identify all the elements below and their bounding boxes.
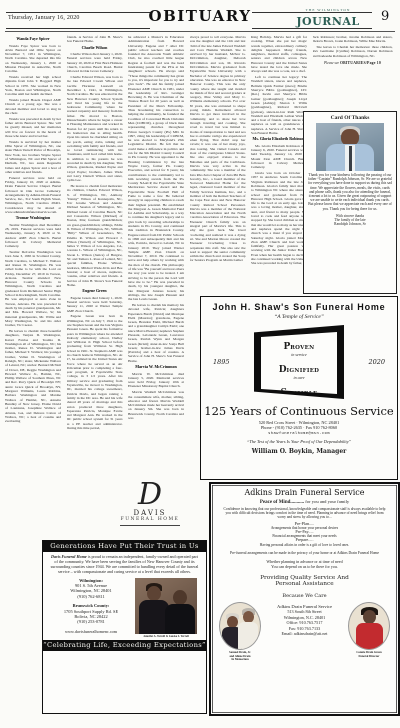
obituary-paragraph: Marvia Waddell McCrimmon was the consumm…	[128, 390, 184, 420]
adkins-drain-ad: Adkins Drain Funeral Service Peace of Mi…	[209, 482, 400, 716]
masthead-small: THE WILMINGTON	[286, 9, 370, 13]
shaw-ad-subtitle: “A Temple of Service”	[201, 314, 397, 320]
obituary-paragraph: He leaves to cherish his memory his devo…	[128, 303, 184, 363]
plaque-initial: D	[279, 365, 287, 375]
photo-figure	[356, 623, 383, 649]
photo-tie	[349, 146, 352, 171]
terrell-photo	[135, 578, 197, 634]
continuation-notice: Please see OBITUARIES/Page 10	[313, 61, 393, 65]
davis-footer-bar: “Celebrating Life, Exceeding Expectation…	[43, 640, 206, 651]
adkins-paragraph: Confidence in knowing that our professio…	[211, 505, 398, 520]
obituary-paragraph: Funeral services were held on Friday, Ja…	[5, 176, 61, 215]
photo-figure	[165, 604, 195, 634]
obituary-paragraph: Teomar Washington died December 28, 2019…	[5, 223, 61, 249]
davis-logo-name: DAVIS	[90, 509, 210, 517]
obituary-paragraph: Eugene Green died January 1, 2020. Funer…	[67, 296, 123, 313]
obituary-paragraph: Wanda is survived by her mother Ollie Sp…	[5, 140, 61, 174]
adkins-prefuneral-note: Pre-funeral arrangements can be made in …	[211, 551, 398, 555]
davis-logo-initial: D	[90, 481, 210, 509]
section-title: OBITUARY	[140, 7, 260, 25]
adkins-providing: Providing Quality Service And Personal A…	[211, 575, 398, 588]
bullet-desc: Having personal affairs in order is a gi…	[211, 543, 398, 547]
oval-right-caption: Connie Drain Green Funeral Director	[348, 651, 390, 658]
davis-website: www.davisfuneralhomenc.com	[49, 629, 133, 634]
peace-label: Peace of Mind...........	[260, 500, 304, 505]
plaque-sub: in service	[261, 353, 337, 357]
obituary-column-6: Jack Robinson; brother, Jerome Robinson …	[313, 35, 393, 109]
from-line-2: Randolph Johnson, Sr	[304, 222, 396, 226]
obituary-column-2: friends. A Service of John H. Shaw's Son…	[67, 35, 123, 482]
obituary-column-4: always proud to tell everyone. Marvia wa…	[190, 35, 246, 294]
adkins-bullets: Pre-Plan..... Arrangements that honor yo…	[211, 522, 398, 547]
davis-paragraph: Davis Funeral Home is proud to remain an…	[43, 552, 206, 576]
shaw-ad-plaque-row: 1895 PROVEN in service DIGNIFIED in care…	[201, 324, 397, 402]
obituary-heading: Ms. Gloria Elizabeth Robinson	[251, 137, 307, 142]
obituary-paragraph: friends. A Service of John H. Shaw's Son…	[67, 35, 123, 44]
caption-line: In Memoriam	[219, 658, 261, 662]
header-divider	[5, 31, 395, 32]
davis-photo-block: Jennifer A. Terrell & Janske S. Terrell	[133, 578, 199, 638]
obituary-paragraph: He leaves to cherish: three beautiful da…	[5, 329, 61, 424]
davis-funeral-home-ad: Generations Have Put Their Trust in Us D…	[42, 540, 207, 714]
obituary-paragraph: Wanda Faye Spicer was born to Alvin Bern…	[5, 44, 61, 74]
plaque-sub: in price	[261, 399, 337, 403]
shaw-quote: “The Test of the Years Is Your Proof of …	[201, 439, 397, 444]
obituary-paragraph: Gloria was born on October 11, 1957 in A…	[251, 171, 307, 266]
plaque-line-dignified: DIGNIFIED in care	[261, 360, 337, 380]
obituary-heading: Teomar Washington	[5, 216, 61, 221]
obituary-paragraph: Ms. Gloria Elizabeth Robinson died Janua…	[251, 144, 307, 170]
obituary-paragraph: He leaves to cherish fond memories: his …	[67, 184, 123, 287]
adkins-oval-right: Connie Drain Green Funeral Director	[348, 602, 390, 658]
plaque-word: ROVEN	[290, 345, 314, 351]
plaque-sub: in care	[261, 376, 337, 380]
shaw-funeral-home-ad: John H. Shaw's Son Funeral Home “A Templ…	[200, 296, 398, 480]
shaw-email: shawfuneralhome@msn.com	[201, 430, 397, 435]
obituary-paragraph: Teomar DeCarlos Washington was born June…	[5, 250, 61, 327]
obituary-paragraph: always proud to tell everyone. Marvia wa…	[190, 35, 246, 263]
obituary-heading: Eugene Green	[67, 289, 123, 294]
randolph-johnson-photo	[316, 123, 384, 171]
obituary-paragraph: Charlie Edward Wilson, was born to the l…	[67, 75, 123, 182]
shaw-year-founded: 1895	[213, 358, 230, 366]
providing-line: Personal Assistance	[211, 581, 398, 588]
obituary-paragraph: Wanda received her high school diploma f…	[5, 75, 61, 96]
obituary-paragraph: he achieved a Master's in Education Admi…	[128, 35, 184, 301]
masthead: THE WILMINGTON JOURNAL	[286, 9, 370, 29]
obituary-column-1: Wanda Faye SpicerWanda Faye Spicer was b…	[5, 35, 61, 525]
obituary-paragraph: She leaves to Cherish her memories: thre…	[313, 45, 393, 58]
plaque-panel: PROVEN in service DIGNIFIED in care SENS…	[261, 332, 337, 394]
contact-email: Email: adkinsdrain@att.net	[277, 631, 332, 636]
whether-line: You can depend on us to be there for you…	[211, 565, 398, 570]
photo-figure	[238, 622, 258, 649]
obituary-paragraph: Jack Robinson; brother, Jerome Robinson …	[313, 35, 393, 44]
obituary-paragraph: Eugene Green was born in Wilmington, NC …	[67, 314, 123, 430]
card-of-thanks-closing: With sincere thanks The family of the la…	[304, 214, 396, 227]
drain-couple-photo	[219, 602, 261, 650]
adkins-title: Adkins Drain Funeral Service	[211, 488, 398, 497]
davis-locations: Wilmington: 901 S. 5th Avenue Wilmington…	[49, 578, 133, 638]
obituary-heading: Charlie Wilson	[67, 46, 123, 51]
peace-rest: for you and your family	[304, 499, 349, 504]
card-of-thanks-message: Thank you for your kindness following th…	[304, 173, 396, 211]
obituary-paragraph: Left to continue her legacy: The Waddell…	[251, 75, 307, 135]
adkins-bottom-row: Samuel Drain, Jr. and Allene Drain In Me…	[211, 599, 398, 662]
obituary-column-3: he achieved a Master's in Education Admi…	[128, 35, 184, 447]
photo-figure	[147, 586, 161, 601]
masthead-title: JOURNAL	[296, 15, 359, 28]
continuation-target: OBITUARIES/Page 10	[340, 61, 381, 65]
adkins-whether: Whether planning in advance or at time o…	[211, 560, 398, 570]
photo-figure	[363, 610, 376, 624]
newspaper-page: Thursday, January 16, 2020 OBITUARY THE …	[0, 0, 400, 728]
plaque-word: IGNIFIED	[287, 368, 320, 374]
shaw-ad-title: John H. Shaw's Son Funeral Home	[201, 302, 397, 312]
shaw-banner: 125 Years of Continuous Service	[201, 404, 397, 418]
adkins-oval-left: Samuel Drain, Jr. and Allene Drain In Me…	[219, 602, 261, 662]
obituary-paragraph: Marvia W. McCrimmon died January 5, 2020…	[128, 372, 184, 389]
issue-date: Thursday, January 16, 2020	[8, 15, 80, 21]
caption-line: Funeral Director	[348, 655, 390, 659]
card-of-thanks: Card Of Thanks Thank you for your kindne…	[303, 111, 397, 294]
obituary-paragraph: Wanda joined Hosela Chapel AME Church at…	[5, 98, 61, 115]
photo-figure	[173, 590, 187, 605]
obituary-column-5: King Holiday. Marvia had a gift for cook…	[251, 35, 307, 294]
davis-logo-flourish	[120, 525, 180, 526]
obituary-heading: Wanda Faye Spicer	[5, 37, 61, 42]
card-of-thanks-title: Card Of Thanks	[304, 115, 396, 121]
obituary-paragraph: King Holiday. Marvia had a gift for cook…	[251, 35, 307, 74]
continuation-lead: Please see	[324, 61, 340, 65]
davis-middle-row: Wilmington: 901 S. 5th Avenue Wilmington…	[43, 576, 206, 638]
shaw-address-block: 520 Red Cross Street · Wilmington, NC 28…	[201, 420, 397, 436]
davis-header-bar: Generations Have Put Their Trust in Us	[43, 541, 206, 552]
terrell-photo-caption: Jennifer A. Terrell & Janske S. Terrell	[133, 635, 199, 638]
obituary-heading: Marvia W. McCrimmon	[128, 365, 184, 370]
obituary-paragraph: Charlie Wilson died January 1, 2020. Fun…	[67, 52, 123, 73]
location-phone: (910) 762-6811	[49, 594, 133, 599]
connie-green-photo	[348, 602, 390, 650]
plaque-line-proven: PROVEN in service	[261, 337, 337, 357]
obituary-paragraph: Wanda was preceded in death by her fathe…	[5, 117, 61, 138]
shaw-manager: William O. Boykin, Manager	[201, 448, 397, 455]
providing-line: Providing Quality Service And	[211, 575, 398, 582]
davis-logo: D DAVIS FUNERAL HOME	[90, 481, 210, 537]
davis-logo-name2: FUNERAL HOME	[90, 517, 210, 523]
oval-left-caption: Samuel Drain, Jr. and Allene Drain In Me…	[219, 651, 261, 662]
page-number: 9	[381, 9, 389, 24]
location-phone: (910) 253-0781	[49, 619, 133, 624]
shaw-year-current: 2020	[368, 358, 385, 366]
davis-location-wilmington: Wilmington: 901 S. 5th Avenue Wilmington…	[49, 578, 133, 600]
davis-location-brunswick: Brunswick County: 1705 Southport Supply …	[49, 603, 133, 625]
adkins-contact-block: Adkins Drain Funeral Service 513 South 8…	[277, 604, 332, 636]
